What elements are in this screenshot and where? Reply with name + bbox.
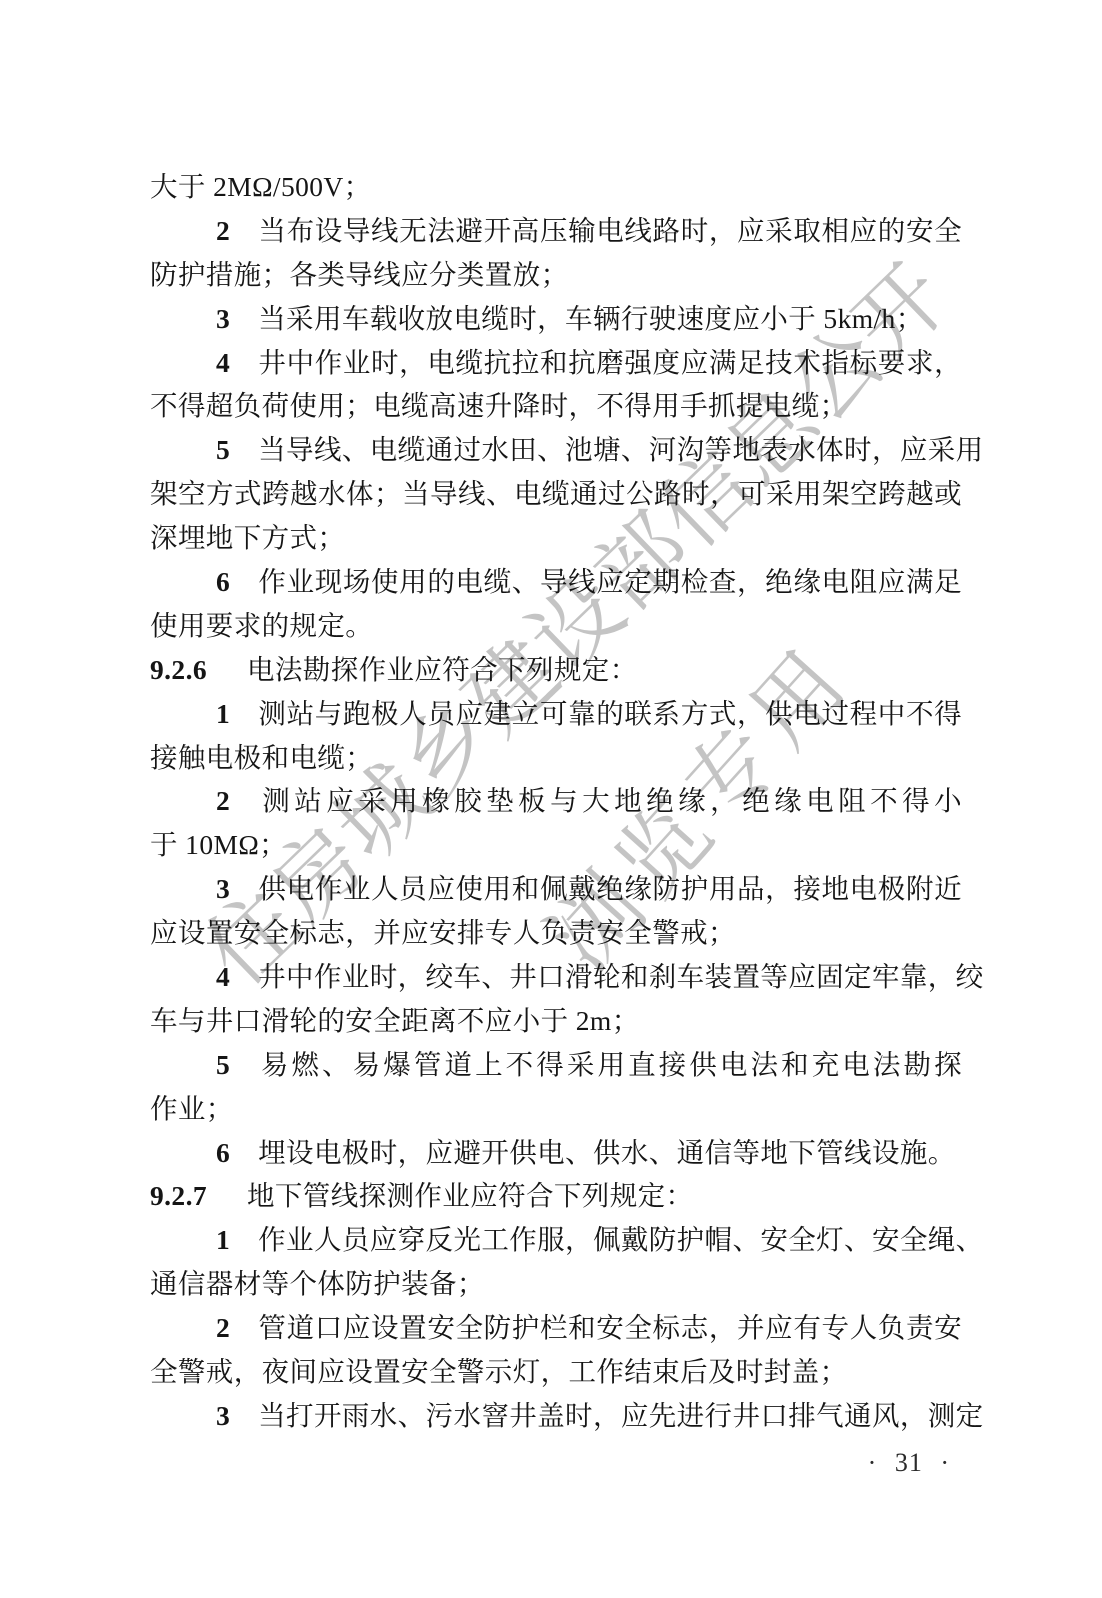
- clause-number: 9.2.7: [150, 1180, 207, 1211]
- item-number: 3: [216, 1400, 230, 1431]
- text-line: 防护措施；各类导线应分类置放；: [150, 253, 962, 297]
- line-text: 作业人员应穿反光工作服，佩戴防护帽、安全灯、安全绳、: [258, 1224, 983, 1255]
- item-number: 4: [216, 347, 230, 378]
- line-text: 于 10MΩ；: [150, 829, 287, 860]
- text-line: 不得超负荷使用；电缆高速升降时，不得用手抓提电缆；: [150, 384, 962, 428]
- text-line: 6作业现场使用的电缆、导线应定期检查，绝缘电阻应满足: [150, 560, 962, 604]
- text-line: 4井中作业时，绞车、井口滑轮和刹车装置等应固定牢靠，绞: [150, 955, 962, 999]
- item-number: 6: [216, 1137, 230, 1168]
- line-text: 不得超负荷使用；电缆高速升降时，不得用手抓提电缆；: [150, 390, 848, 421]
- line-text: 当打开雨水、污水窨井盖时，应先进行井口排气通风，测定: [258, 1400, 983, 1431]
- text-lines: 大于 2MΩ/500V；2当布设导线无法避开高压输电线路时，应采取相应的安全防护…: [150, 165, 962, 1438]
- text-line: 3当采用车载收放电缆时，车辆行驶速度应小于 5km/h；: [150, 297, 962, 341]
- line-text: 易燃、易爆管道上不得采用直接供电法和充电法勘探: [258, 1049, 962, 1080]
- line-text: 作业现场使用的电缆、导线应定期检查，绝缘电阻应满足: [258, 566, 962, 597]
- line-text: 车与井口滑轮的安全距离不应小于 2m；: [150, 1005, 640, 1036]
- item-number: 2: [216, 215, 230, 246]
- clause-number: 9.2.6: [150, 654, 207, 685]
- text-line: 全警戒，夜间应设置安全警示灯，工作结束后及时封盖；: [150, 1350, 962, 1394]
- line-text: 通信器材等个体防护装备；: [150, 1268, 485, 1299]
- text-line: 5当导线、电缆通过水田、池塘、河沟等地表水体时，应采用: [150, 428, 962, 472]
- text-line: 架空方式跨越水体；当导线、电缆通过公路时，可采用架空跨越或: [150, 472, 962, 516]
- text-line: 9.2.6电法勘探作业应符合下列规定：: [150, 648, 962, 692]
- item-number: 5: [216, 434, 230, 465]
- text-line: 2当布设导线无法避开高压输电线路时，应采取相应的安全: [150, 209, 962, 253]
- text-line: 5易燃、易爆管道上不得采用直接供电法和充电法勘探: [150, 1043, 962, 1087]
- line-text: 当采用车载收放电缆时，车辆行驶速度应小于 5km/h；: [258, 303, 923, 334]
- line-text: 井中作业时，绞车、井口滑轮和刹车装置等应固定牢靠，绞: [258, 961, 983, 992]
- item-number: 1: [216, 698, 230, 729]
- line-text: 供电作业人员应使用和佩戴绝缘防护用品，接地电极附近: [258, 873, 962, 904]
- text-line: 3当打开雨水、污水窨井盖时，应先进行井口排气通风，测定: [150, 1394, 962, 1438]
- line-text: 全警戒，夜间应设置安全警示灯，工作结束后及时封盖；: [150, 1356, 848, 1387]
- item-number: 5: [216, 1049, 230, 1080]
- text-line: 4井中作业时，电缆抗拉和抗磨强度应满足技术指标要求，: [150, 341, 962, 385]
- text-line: 大于 2MΩ/500V；: [150, 165, 962, 209]
- text-line: 作业；: [150, 1087, 962, 1131]
- line-text: 地下管线探测作业应符合下列规定：: [247, 1180, 693, 1211]
- line-text: 测站与跑极人员应建立可靠的联系方式，供电过程中不得: [258, 698, 962, 729]
- text-line: 接触电极和电缆；: [150, 736, 962, 780]
- text-line: 通信器材等个体防护装备；: [150, 1262, 962, 1306]
- item-number: 2: [216, 785, 230, 816]
- line-text: 使用要求的规定。: [150, 610, 373, 641]
- line-text: 埋设电极时，应避开供电、供水、通信等地下管线设施。: [258, 1137, 956, 1168]
- text-line: 深埋地下方式；: [150, 516, 962, 560]
- text-line: 使用要求的规定。: [150, 604, 962, 648]
- line-text: 井中作业时，电缆抗拉和抗磨强度应满足技术指标要求，: [258, 347, 962, 378]
- text-line: 9.2.7地下管线探测作业应符合下列规定：: [150, 1174, 962, 1218]
- line-text: 电法勘探作业应符合下列规定：: [247, 654, 638, 685]
- item-number: 1: [216, 1224, 230, 1255]
- line-text: 当导线、电缆通过水田、池塘、河沟等地表水体时，应采用: [258, 434, 983, 465]
- line-text: 架空方式跨越水体；当导线、电缆通过公路时，可采用架空跨越或: [150, 478, 962, 509]
- text-line: 3供电作业人员应使用和佩戴绝缘防护用品，接地电极附近: [150, 867, 962, 911]
- item-number: 3: [216, 303, 230, 334]
- line-text: 当布设导线无法避开高压输电线路时，应采取相应的安全: [258, 215, 962, 246]
- line-text: 大于 2MΩ/500V；: [150, 171, 372, 202]
- line-text: 管道口应设置安全防护栏和安全标志，并应有专人负责安: [258, 1312, 962, 1343]
- text-line: 1作业人员应穿反光工作服，佩戴防护帽、安全灯、安全绳、: [150, 1218, 962, 1262]
- text-line: 2管道口应设置安全防护栏和安全标志，并应有专人负责安: [150, 1306, 962, 1350]
- line-text: 深埋地下方式；: [150, 522, 345, 553]
- item-number: 6: [216, 566, 230, 597]
- text-line: 于 10MΩ；: [150, 823, 962, 867]
- item-number: 2: [216, 1312, 230, 1343]
- text-line: 车与井口滑轮的安全距离不应小于 2m；: [150, 999, 962, 1043]
- item-number: 3: [216, 873, 230, 904]
- line-text: 接触电极和电缆；: [150, 742, 373, 773]
- page-number: · 31 ·: [868, 1441, 950, 1485]
- text-line: 1测站与跑极人员应建立可靠的联系方式，供电过程中不得: [150, 692, 962, 736]
- line-text: 防护措施；各类导线应分类置放；: [150, 259, 569, 290]
- line-text: 测站应采用橡胶垫板与大地绝缘，绝缘电阻不得小: [258, 785, 962, 816]
- line-text: 应设置安全标志，并应安排专人负责安全警戒；: [150, 917, 736, 948]
- text-line: 应设置安全标志，并应安排专人负责安全警戒；: [150, 911, 962, 955]
- text-line: 2测站应采用橡胶垫板与大地绝缘，绝缘电阻不得小: [150, 779, 962, 823]
- item-number: 4: [216, 961, 230, 992]
- line-text: 作业；: [150, 1093, 234, 1124]
- text-line: 6埋设电极时，应避开供电、供水、通信等地下管线设施。: [150, 1131, 962, 1175]
